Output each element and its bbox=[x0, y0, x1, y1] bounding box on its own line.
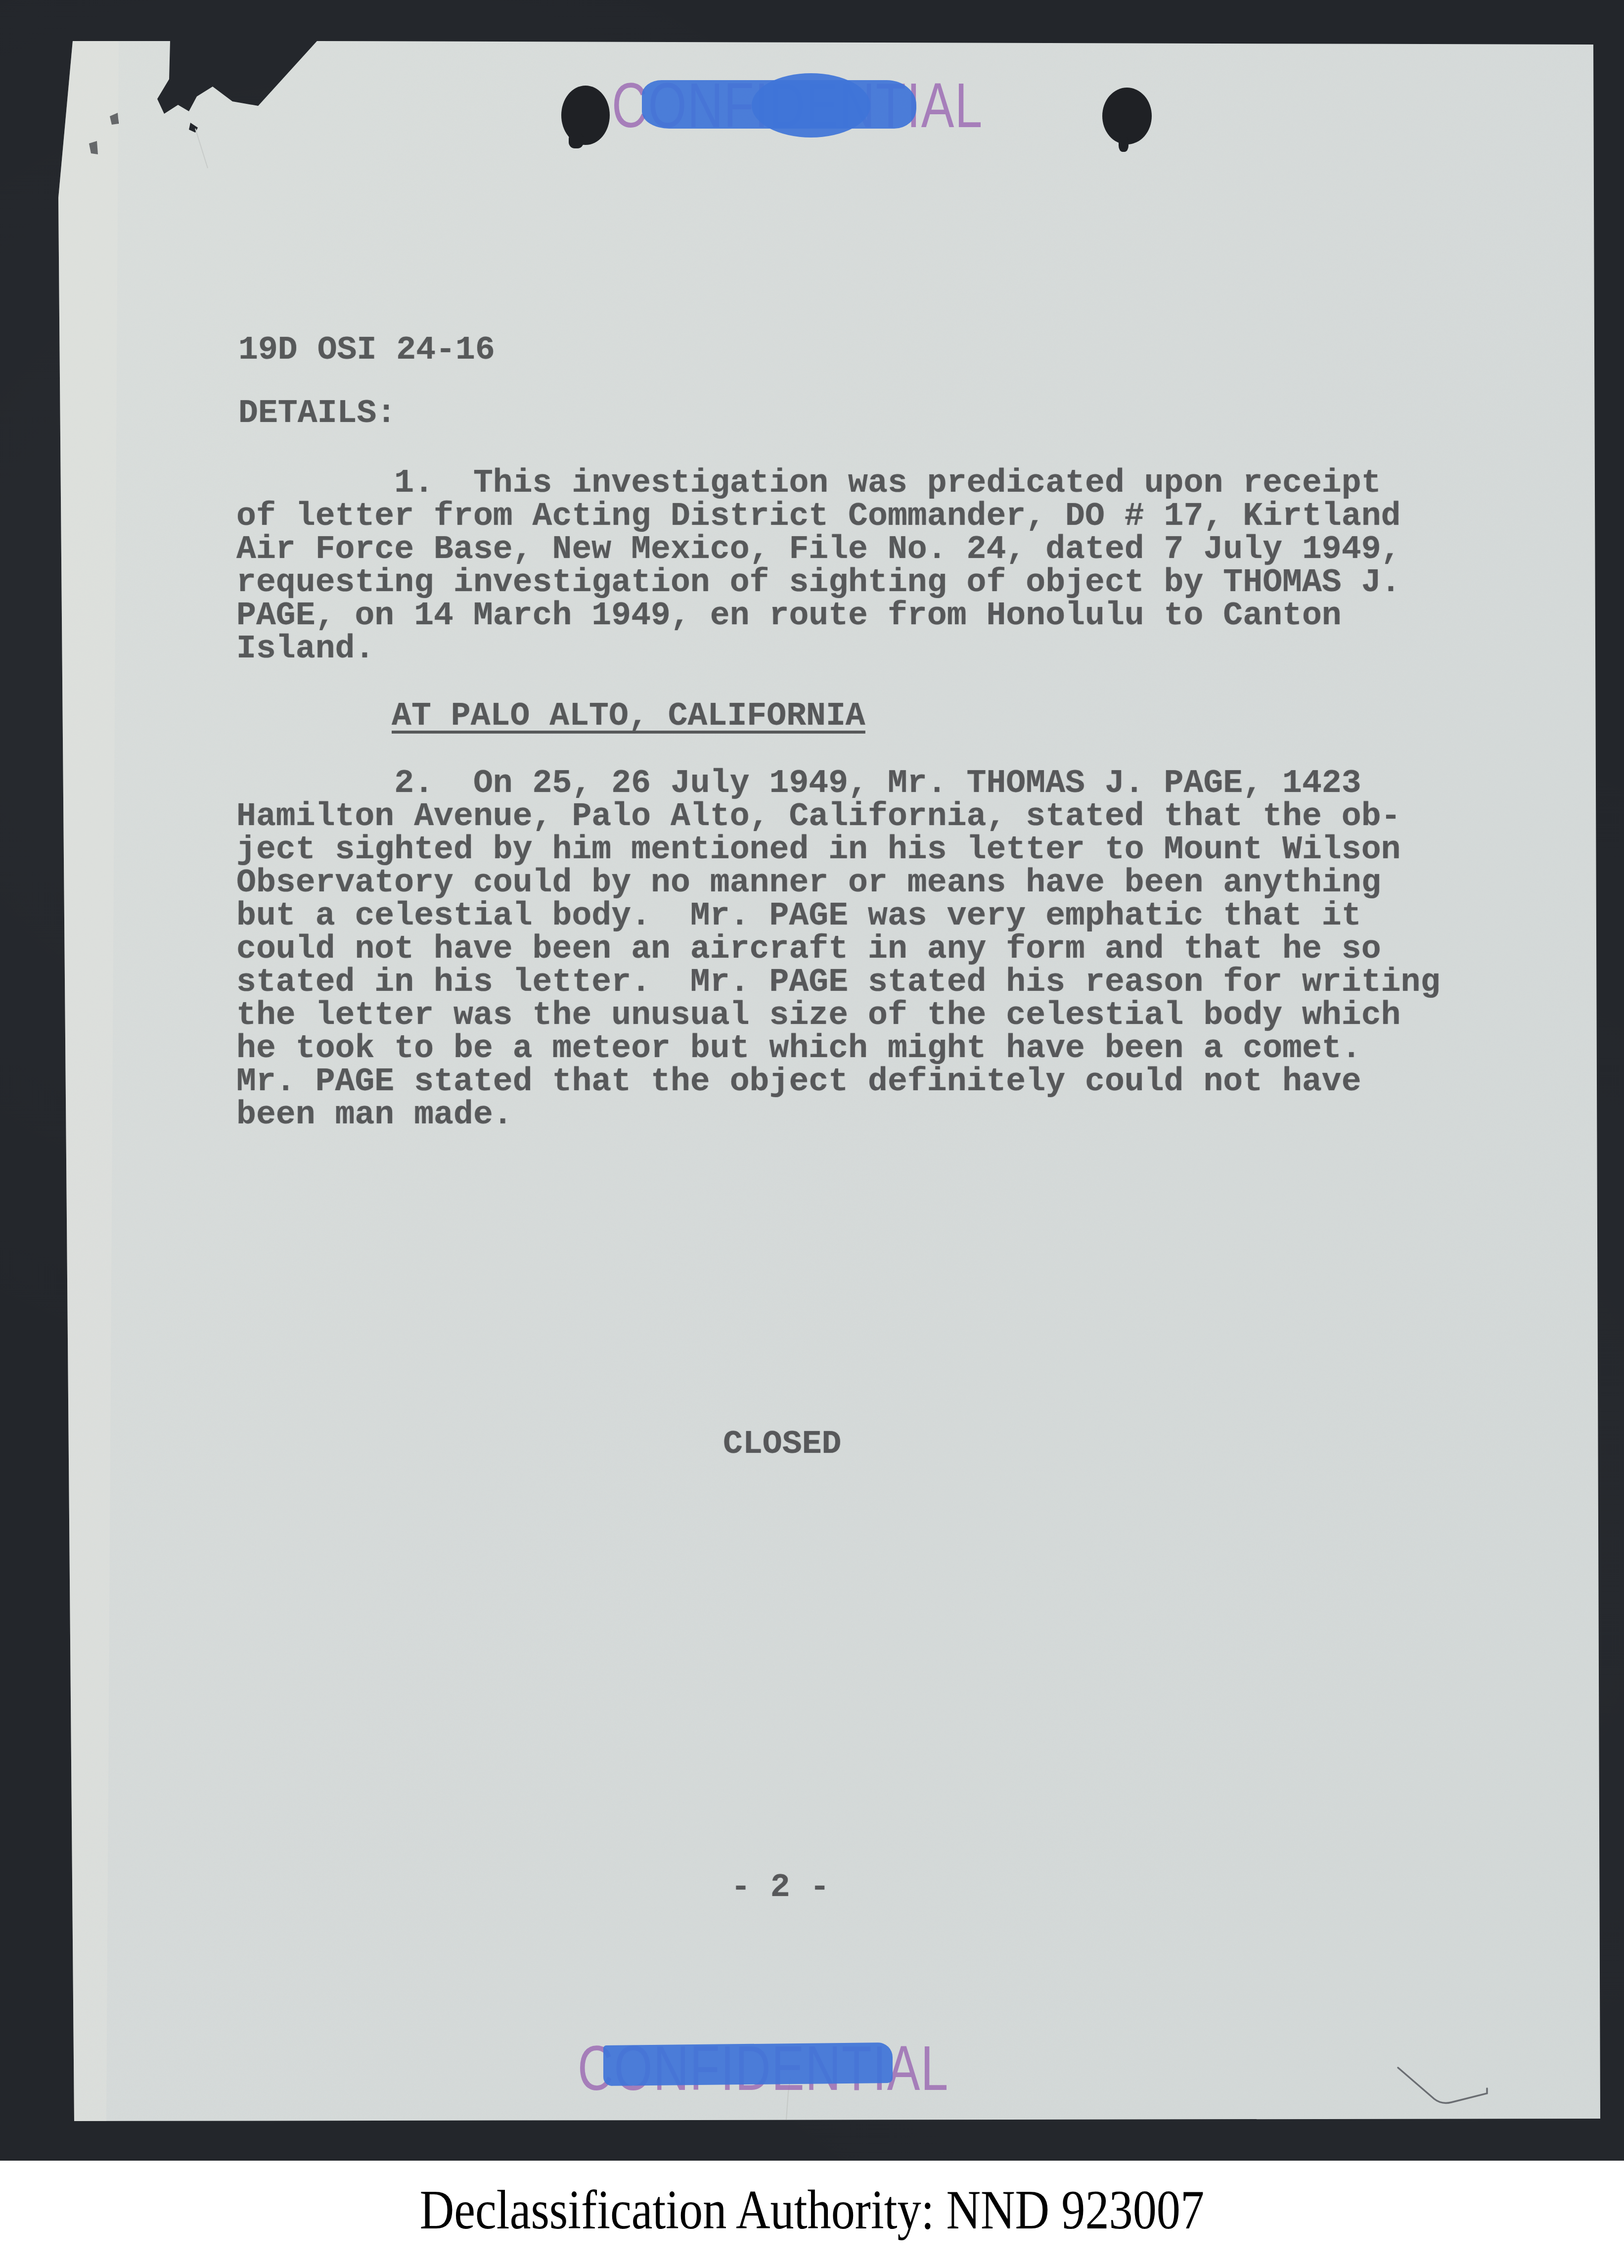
paragraph-line: but a celestial body. Mr. PAGE was very … bbox=[236, 899, 1361, 932]
paragraph-line: the letter was the unusual size of the c… bbox=[236, 999, 1400, 1032]
paragraph-line: PAGE, on 14 March 1949, en route from Ho… bbox=[236, 599, 1342, 632]
file-reference: 19D OSI 24-16 bbox=[238, 333, 495, 367]
punch-hole-right-tail bbox=[1119, 136, 1128, 152]
paragraph-line: been man made. bbox=[236, 1098, 513, 1131]
paragraph-line: Island. bbox=[236, 632, 374, 665]
declassification-caption: Declassification Authority: NND 923007 bbox=[114, 2180, 1510, 2240]
case-status-closed: CLOSED bbox=[723, 1428, 841, 1461]
paragraph-line: stated in his letter. Mr. PAGE stated hi… bbox=[236, 966, 1440, 999]
punch-hole-left-tail bbox=[569, 133, 584, 148]
paragraph-line: 2. On 25, 26 July 1949, Mr. THOMAS J. PA… bbox=[236, 767, 1361, 800]
paragraph-line: Air Force Base, New Mexico, File No. 24,… bbox=[236, 533, 1400, 566]
paragraph-line: could not have been an aircraft in any f… bbox=[236, 932, 1381, 966]
section-label-details: DETAILS: bbox=[238, 397, 396, 430]
paragraph-line: of letter from Acting District Commander… bbox=[236, 500, 1400, 533]
paragraph-line: Observatory could by no manner or means … bbox=[236, 866, 1381, 899]
location-heading: AT PALO ALTO, CALIFORNIA bbox=[392, 699, 865, 733]
paragraph-line: ject sighted by him mentioned in his let… bbox=[236, 833, 1400, 866]
punch-hole-left bbox=[561, 86, 610, 145]
paragraph-line: 1. This investigation was predicated upo… bbox=[236, 466, 1381, 500]
paragraph-line: Mr. PAGE stated that the object definite… bbox=[236, 1065, 1361, 1098]
page-number: - 2 - bbox=[731, 1871, 830, 1904]
punch-hole-right bbox=[1102, 88, 1152, 144]
redaction-mark-bottom bbox=[603, 2042, 893, 2086]
paragraph-line: requesting investigation of sighting of … bbox=[236, 566, 1400, 599]
paragraph-line: Hamilton Avenue, Palo Alto, California, … bbox=[236, 800, 1400, 833]
redaction-mark-top-lobe bbox=[752, 73, 870, 138]
paragraph-line: he took to be a meteor but which might h… bbox=[236, 1032, 1361, 1065]
